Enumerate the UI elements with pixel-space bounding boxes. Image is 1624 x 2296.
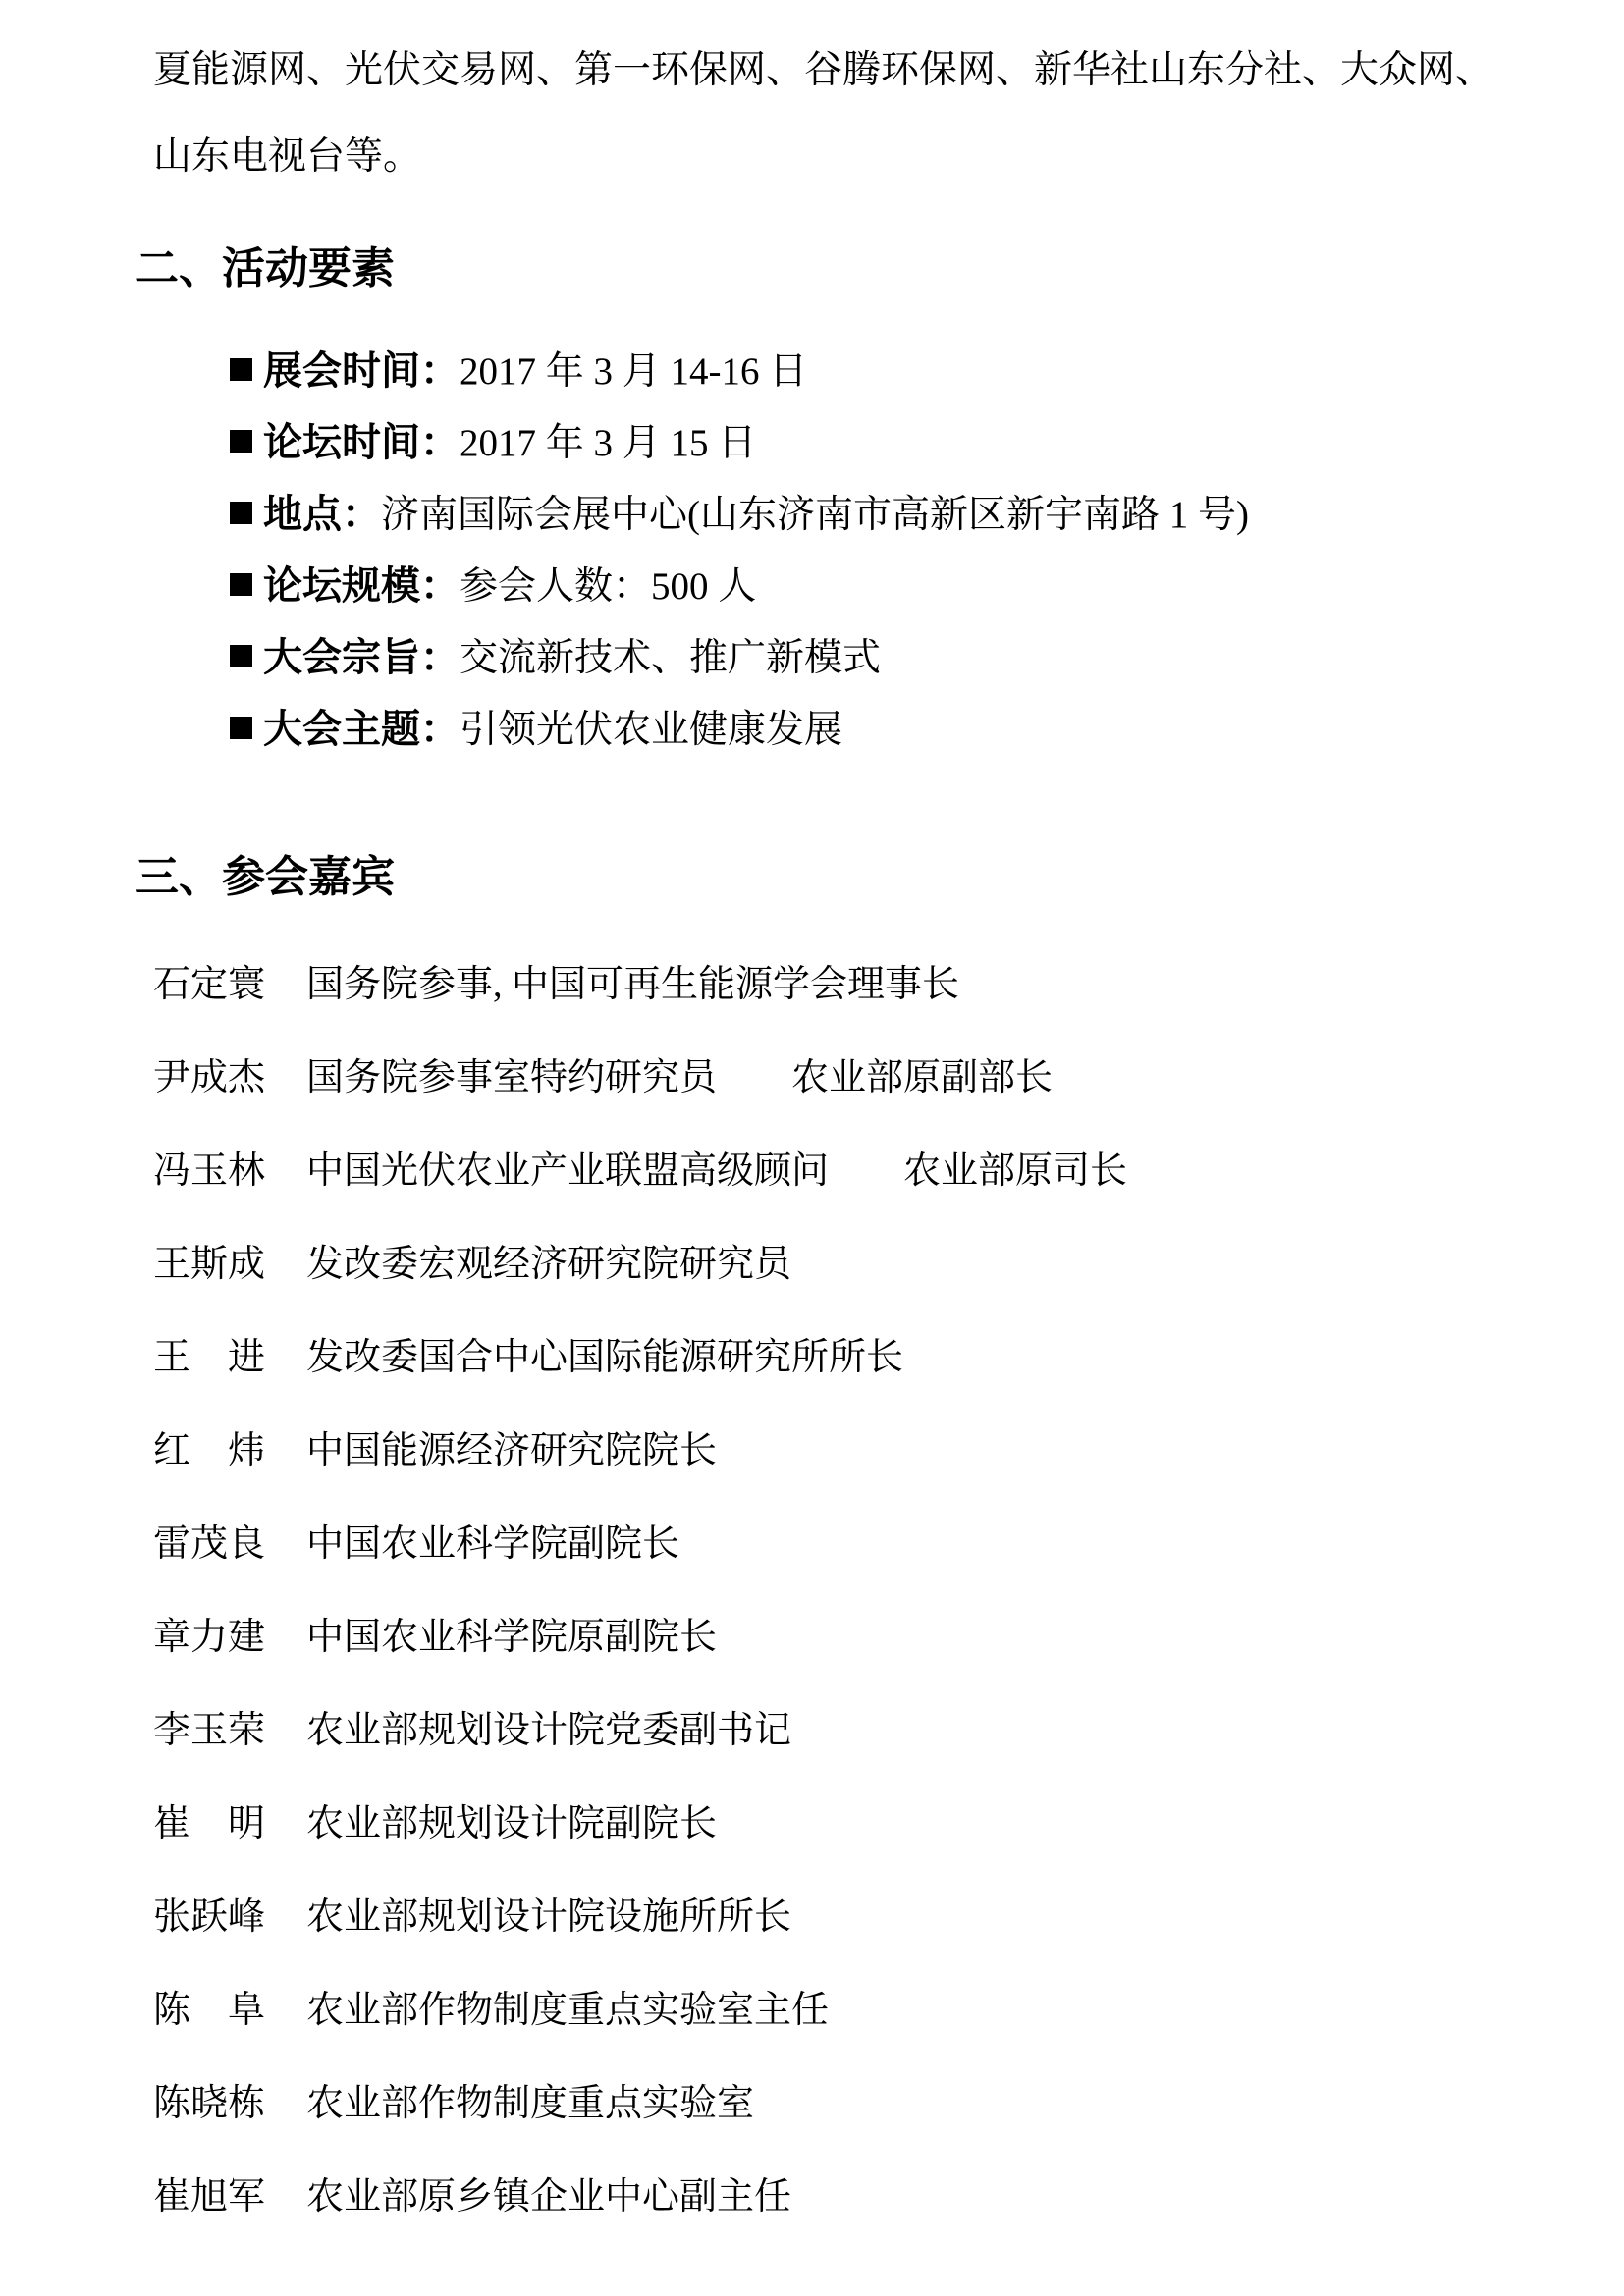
section-heading-guests: 三、参会嘉宾 — [135, 850, 1496, 905]
guest-title: 农业部规划设计院副院长 — [306, 1803, 717, 1844]
guest-name: 陈 阜 — [153, 1964, 269, 2057]
bullet-item: 大会主题：引领光伏农业健康发展 — [230, 694, 1496, 766]
bullet-label: 展会时间： — [263, 349, 460, 393]
guest-title: 中国能源经济研究院院长 — [306, 1430, 717, 1471]
bullet-value: 济南国际会展中心(山东济南市高新区新宇南路 1 号) — [381, 494, 1249, 536]
guest-title: 中国光伏农业产业联盟高级顾问 农业部原司长 — [306, 1150, 1127, 1192]
square-bullet-icon — [230, 430, 252, 453]
guest-title: 发改委国合中心国际能源研究所所长 — [306, 1337, 903, 1378]
bullet-value: 参会人数：500 人 — [460, 565, 756, 608]
document-page: 夏能源网、光伏交易网、第一环保网、谷腾环保网、新华社山东分社、大众网、 山东电视… — [0, 0, 1624, 2296]
guest-name: 崔旭军 — [153, 2151, 269, 2244]
bullet-value: 交流新技术、推广新模式 — [460, 637, 881, 679]
guest-name: 王 进 — [153, 1311, 269, 1405]
bullet-value: 引领光伏农业健康发展 — [460, 709, 842, 751]
guest-row: 红 炜中国能源经济研究院院长 — [153, 1405, 1496, 1498]
guest-name: 王斯成 — [153, 1218, 269, 1311]
guest-title: 农业部原乡镇企业中心副主任 — [306, 2176, 791, 2217]
guest-title: 农业部规划设计院设施所所长 — [306, 1896, 791, 1938]
bullet-label: 大会主题： — [263, 708, 460, 751]
guest-row: 王斯成发改委宏观经济研究院研究员 — [153, 1218, 1496, 1311]
activity-bullet-list: 展会时间：2017 年 3 月 14-16 日 论坛时间：2017 年 3 月 … — [230, 336, 1496, 766]
guest-name: 章力建 — [153, 1591, 269, 1684]
guest-row: 张跃峰农业部规划设计院设施所所长 — [153, 1871, 1496, 1964]
square-bullet-icon — [230, 573, 252, 596]
guest-name: 李玉荣 — [153, 1684, 269, 1778]
guest-title: 国务院参事, 中国可再生能源学会理事长 — [306, 964, 959, 1005]
guest-row: 石定寰国务院参事, 中国可再生能源学会理事长 — [153, 938, 1496, 1032]
guest-title: 发改委宏观经济研究院研究员 — [306, 1244, 791, 1285]
bullet-item: 展会时间：2017 年 3 月 14-16 日 — [230, 336, 1496, 407]
square-bullet-icon — [230, 645, 252, 667]
bullet-value: 2017 年 3 月 15 日 — [460, 422, 756, 464]
bullet-label: 大会宗旨： — [263, 636, 460, 679]
bullet-label: 地点： — [263, 493, 381, 536]
guest-row: 雷茂良中国农业科学院副院长 — [153, 1498, 1496, 1591]
guest-row: 陈晓栋农业部作物制度重点实验室 — [153, 2057, 1496, 2151]
guest-title: 农业部规划设计院党委副书记 — [306, 1710, 791, 1751]
bullet-value: 2017 年 3 月 14-16 日 — [460, 350, 807, 393]
bullet-label: 论坛时间： — [263, 421, 460, 464]
guest-row: 崔旭军农业部原乡镇企业中心副主任 — [153, 2151, 1496, 2244]
guest-name: 尹成杰 — [153, 1032, 269, 1125]
guest-name: 冯玉林 — [153, 1125, 269, 1218]
guest-row: 崔 明农业部规划设计院副院长 — [153, 1778, 1496, 1871]
guest-name: 崔 明 — [153, 1778, 269, 1871]
guest-name: 石定寰 — [153, 938, 269, 1032]
bullet-item: 大会宗旨：交流新技术、推广新模式 — [230, 622, 1496, 694]
guest-row: 陈 阜农业部作物制度重点实验室主任 — [153, 1964, 1496, 2057]
guest-row: 章力建中国农业科学院原副院长 — [153, 1591, 1496, 1684]
section-heading-activity-elements: 二、活动要素 — [135, 241, 1496, 296]
guest-row: 尹成杰国务院参事室特约研究员 农业部原副部长 — [153, 1032, 1496, 1125]
bullet-item: 地点：济南国际会展中心(山东济南市高新区新宇南路 1 号) — [230, 479, 1496, 551]
guest-row: 冯玉林中国光伏农业产业联盟高级顾问 农业部原司长 — [153, 1125, 1496, 1218]
intro-paragraph: 夏能源网、光伏交易网、第一环保网、谷腾环保网、新华社山东分社、大众网、 山东电视… — [153, 27, 1496, 200]
guest-title: 国务院参事室特约研究员 农业部原副部长 — [306, 1057, 1053, 1098]
guest-name: 陈晓栋 — [153, 2057, 269, 2151]
guest-title: 中国农业科学院原副院长 — [306, 1617, 717, 1658]
bullet-item: 论坛时间：2017 年 3 月 15 日 — [230, 407, 1496, 479]
guest-title: 农业部作物制度重点实验室 — [306, 2083, 754, 2124]
intro-line: 夏能源网、光伏交易网、第一环保网、谷腾环保网、新华社山东分社、大众网、 — [153, 27, 1496, 114]
guest-title: 中国农业科学院副院长 — [306, 1523, 679, 1565]
intro-line: 山东电视台等。 — [153, 114, 1496, 200]
guest-row: 王 进发改委国合中心国际能源研究所所长 — [153, 1311, 1496, 1405]
guest-name: 张跃峰 — [153, 1871, 269, 1964]
bullet-label: 论坛规模： — [263, 564, 460, 608]
square-bullet-icon — [230, 502, 252, 524]
bullet-item: 论坛规模：参会人数：500 人 — [230, 551, 1496, 622]
guest-title: 农业部作物制度重点实验室主任 — [306, 1990, 829, 2031]
guest-row: 李玉荣农业部规划设计院党委副书记 — [153, 1684, 1496, 1778]
guest-name: 红 炜 — [153, 1405, 269, 1498]
guest-name: 雷茂良 — [153, 1498, 269, 1591]
square-bullet-icon — [230, 717, 252, 739]
square-bullet-icon — [230, 358, 252, 381]
guest-list: 石定寰国务院参事, 中国可再生能源学会理事长 尹成杰国务院参事室特约研究员 农业… — [153, 938, 1496, 2244]
